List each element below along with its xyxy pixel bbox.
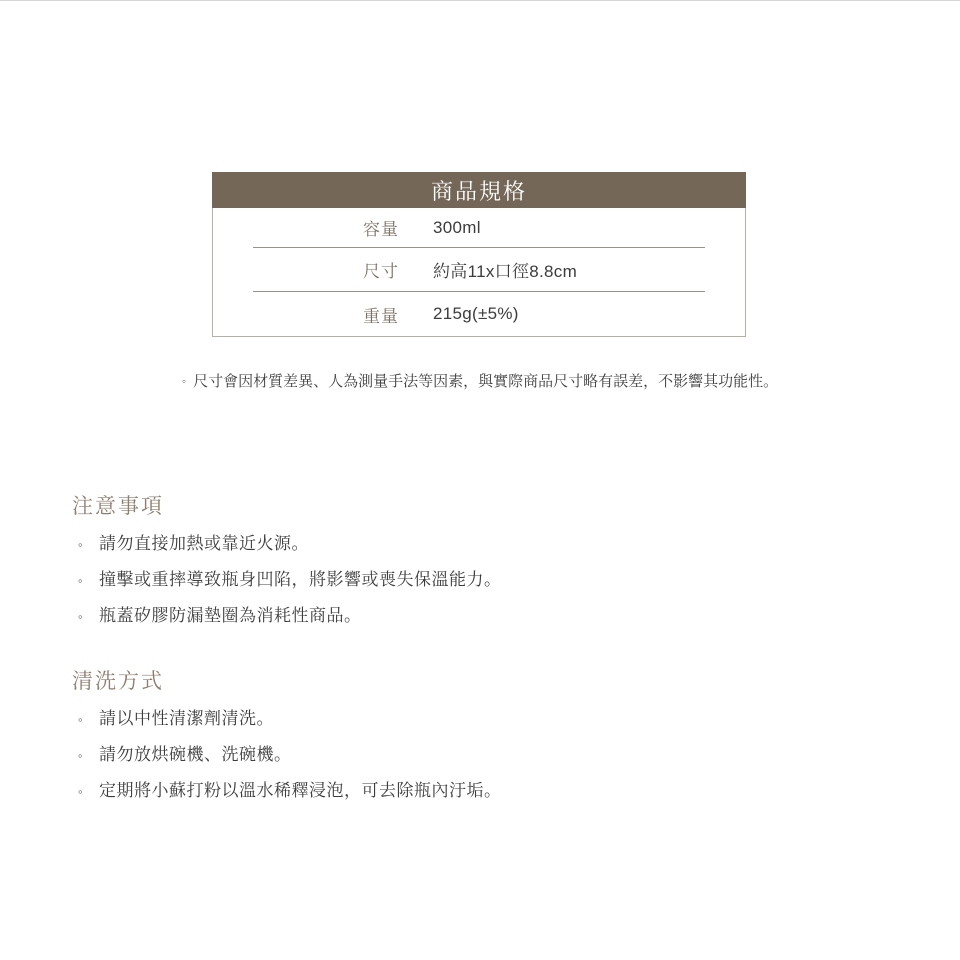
size-disclaimer-text: 尺寸會因材質差異、人為測量手法等因素，與實際商品尺寸略有誤差，不影響其功能性。 [193, 373, 778, 390]
spec-label-weight: 重量 [363, 302, 433, 327]
spec-value-size: 約高11x口徑8.8cm [433, 257, 577, 282]
spec-row-size: 尺寸 約高11x口徑8.8cm [213, 248, 745, 291]
list-item: ◦ 請勿直接加熱或靠近火源。 [72, 534, 502, 555]
spec-label-size: 尺寸 [363, 257, 433, 282]
spec-value-capacity: 300ml [433, 218, 481, 238]
cleaning-heading: 清洗方式 [72, 669, 502, 694]
list-item: ◦ 請勿放烘碗機、洗碗機。 [72, 745, 502, 766]
precaution-text-1: 請勿直接加熱或靠近火源。 [99, 534, 309, 554]
circle-bullet-icon: ◦ [72, 607, 99, 627]
spec-row-weight: 重量 215g(±5%) [213, 292, 745, 336]
list-item: ◦ 請以中性清潔劑清洗。 [72, 709, 502, 730]
circle-bullet-icon: ◦ [72, 710, 99, 730]
precaution-text-3: 瓶蓋矽膠防漏墊圈為消耗性商品。 [99, 606, 362, 626]
precaution-text-2: 撞擊或重摔導致瓶身凹陷，將影響或喪失保溫能力。 [99, 570, 502, 590]
circle-bullet-icon: ◦ [182, 374, 186, 388]
spec-table-body: 容量 300ml 尺寸 約高11x口徑8.8cm 重量 215g(±5%) [212, 208, 746, 337]
spec-row-capacity: 容量 300ml [213, 208, 745, 247]
spec-label-capacity: 容量 [363, 215, 433, 240]
section-precautions: 注意事項 ◦ 請勿直接加熱或靠近火源。 ◦ 撞擊或重摔導致瓶身凹陷，將影響或喪失… [72, 494, 502, 627]
product-detail-page: 商品規格 容量 300ml 尺寸 約高11x口徑8.8cm 重量 215g(±5… [0, 0, 960, 960]
cleaning-text-1: 請以中性清潔劑清洗。 [99, 709, 274, 729]
circle-bullet-icon: ◦ [72, 782, 99, 802]
spec-value-weight: 215g(±5%) [433, 304, 519, 324]
precautions-heading: 注意事項 [72, 494, 502, 519]
spec-table-title: 商品規格 [212, 172, 746, 208]
cleaning-text-3: 定期將小蘇打粉以溫水稀釋浸泡，可去除瓶內汙垢。 [99, 781, 502, 801]
section-cleaning: 清洗方式 ◦ 請以中性清潔劑清洗。 ◦ 請勿放烘碗機、洗碗機。 ◦ 定期將小蘇打… [72, 669, 502, 802]
circle-bullet-icon: ◦ [72, 571, 99, 591]
list-item: ◦ 瓶蓋矽膠防漏墊圈為消耗性商品。 [72, 606, 502, 627]
cleaning-text-2: 請勿放烘碗機、洗碗機。 [99, 745, 292, 765]
size-disclaimer-note: ◦尺寸會因材質差異、人為測量手法等因素，與實際商品尺寸略有誤差，不影響其功能性。 [0, 370, 960, 391]
list-item: ◦ 撞擊或重摔導致瓶身凹陷，將影響或喪失保溫能力。 [72, 570, 502, 591]
list-item: ◦ 定期將小蘇打粉以溫水稀釋浸泡，可去除瓶內汙垢。 [72, 781, 502, 802]
circle-bullet-icon: ◦ [72, 746, 99, 766]
spec-table: 商品規格 容量 300ml 尺寸 約高11x口徑8.8cm 重量 215g(±5… [212, 172, 746, 337]
top-divider [0, 0, 960, 1]
circle-bullet-icon: ◦ [72, 535, 99, 555]
